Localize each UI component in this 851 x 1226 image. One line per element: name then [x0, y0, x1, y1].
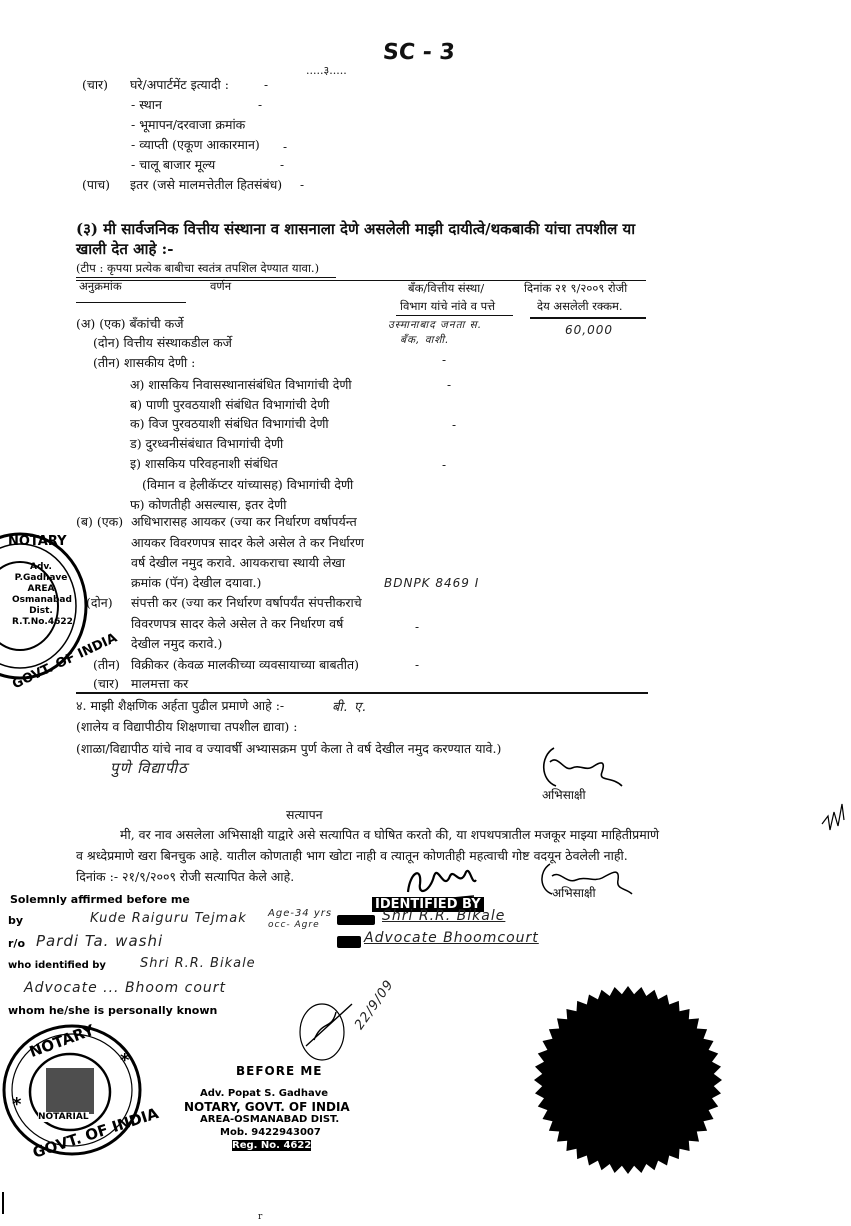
education-qualification: बी. ए. [332, 697, 367, 715]
solemn-affirmed-line: Solemnly affirmed before me [10, 893, 190, 906]
row-bank-loans-amount: 60,000 [565, 323, 613, 337]
identified-by-role: Advocate Bhoomcourt [364, 930, 539, 946]
row-transport-cont: (विमान व हेलीकॅप्टर यांच्यासह) विभागांची… [142, 476, 353, 494]
verification-title: सत्यापन [286, 806, 323, 824]
liabilities-note: (टीप : कृपया प्रत्येक बाबीचा स्वतंत्र तप… [76, 259, 319, 277]
row-govt-dues: (तीन) शासकीय देणी : [93, 354, 195, 372]
houses-item-survey-no: - भूमापन/दरवाजा क्रमांक [131, 116, 245, 134]
col-institution-2: विभाग यांचे नांवे व पत्ते [400, 297, 495, 315]
verification-date: दिनांक :- २१/९/२००९ रोजी सत्यापित केले आ… [76, 868, 294, 886]
footer-mark: r [258, 1208, 262, 1226]
col-amount-2: देय असलेली रक्कम. [537, 297, 623, 315]
houses-label: घरे/अपार्टमेंट इत्यादी : [130, 76, 229, 94]
notary-title: NOTARY, GOVT. OF INDIA [184, 1100, 350, 1114]
row-telephone: ड) दुरध्वनीसंबंधात विभागांची देणी [130, 435, 283, 453]
notary-area: AREA-OSMANABAD DIST. [200, 1114, 339, 1125]
other-num: (पाच) [82, 176, 110, 194]
handwritten-reference: SC - 3 [382, 40, 456, 65]
row-bank-loans: (अ) (एक) बँकांची कर्जे [76, 315, 184, 333]
notary-name: Adv. Popat S. Gadhave [200, 1088, 328, 1099]
identified-by-name: Shri R.R. Bikale [382, 908, 505, 924]
deponent-age: Age-34 yrs [268, 908, 332, 919]
education-line1: ४. माझी शैक्षणिक अर्हता पुढील प्रमाणे आह… [76, 697, 284, 715]
houses-item-market-value: - चालू बाजार मूल्य [131, 156, 215, 174]
houses-num: (चार) [82, 76, 108, 94]
identifier-name: Shri R.R. Bikale [140, 956, 256, 971]
education-university: पुणे विद्यापीठ [110, 758, 188, 778]
notary-date-signature [292, 1000, 402, 1074]
verification-line1: मी, वर नाव असलेला अभिसाक्षी याद्वारे असे… [120, 826, 659, 844]
other-label: इतर (जसे मालमत्तेतील हितसंबंध) [130, 176, 282, 194]
education-line3: (शाळा/विद्यापीठ यांचे नाव व ज्यावर्षी अभ… [76, 740, 501, 758]
row-bank-loans-institution: उस्मानाबाद जनता स. [388, 318, 482, 332]
row-financial-loans: (दोन) वित्तीय संस्थाकडील कर्जे [93, 334, 232, 352]
deponent-residence: Pardi Ta. washi [36, 932, 163, 950]
liabilities-heading-1: (३) मी सार्वजनिक वित्तीय संस्थाना व शासन… [76, 218, 635, 240]
deponent-label-1: अभिसाक्षी [542, 786, 586, 804]
deponent-name: Kude Raiguru Tejmak [90, 911, 247, 926]
margin-initials [818, 798, 848, 842]
liabilities-heading-2: खाली देत आहे :- [76, 238, 173, 260]
margin-mark [2, 1192, 4, 1214]
col-serial: अनुक्रमांक [79, 277, 122, 295]
row-water: ब) पाणी पुरवठयाशी संबंधित विभागांची देणी [130, 396, 329, 414]
row-transport: इ) शासकिय परिवहनाशी संबंधित [130, 455, 278, 473]
notary-reg: Reg. No. 4622 [232, 1140, 311, 1151]
houses-item-area: - व्याप्ती (एकूण आकारमान) [131, 136, 260, 154]
row-govt-housing: अ) शासकिय निवासस्थानासंबंधित विभागांची द… [130, 376, 352, 394]
row-other-dues: फ) कोणतीही असल्यास, इतर देणी [130, 496, 286, 514]
col-amount-1: दिनांक २१ ९/२००९ रोजी [524, 279, 627, 297]
deponent-label-2: अभिसाक्षी [552, 884, 596, 902]
embossed-seal [530, 984, 726, 1184]
notary-mobile: Mob. 9422943007 [220, 1127, 321, 1138]
row-electricity: क) विज पुरवठयाशी संबंधित विभागांची देणी [130, 415, 329, 433]
page-number-marker: .....३..... [306, 62, 347, 80]
before-me-stamp: BEFORE ME [236, 1064, 323, 1078]
col-institution-1: बँक/वित्तीय संस्था/ [408, 279, 484, 297]
education-line2: (शालेय व विद्यापीठीय शिक्षणाचा तपशील द्य… [76, 718, 298, 736]
identifier-role: Advocate ... Bhoom court [24, 980, 226, 996]
pan-number: BDNPK 8469 I [384, 576, 479, 590]
houses-item-location: - स्थान [131, 96, 162, 114]
deponent-occupation: occ- Agre [268, 920, 320, 930]
col-description: वर्णन [210, 277, 231, 295]
